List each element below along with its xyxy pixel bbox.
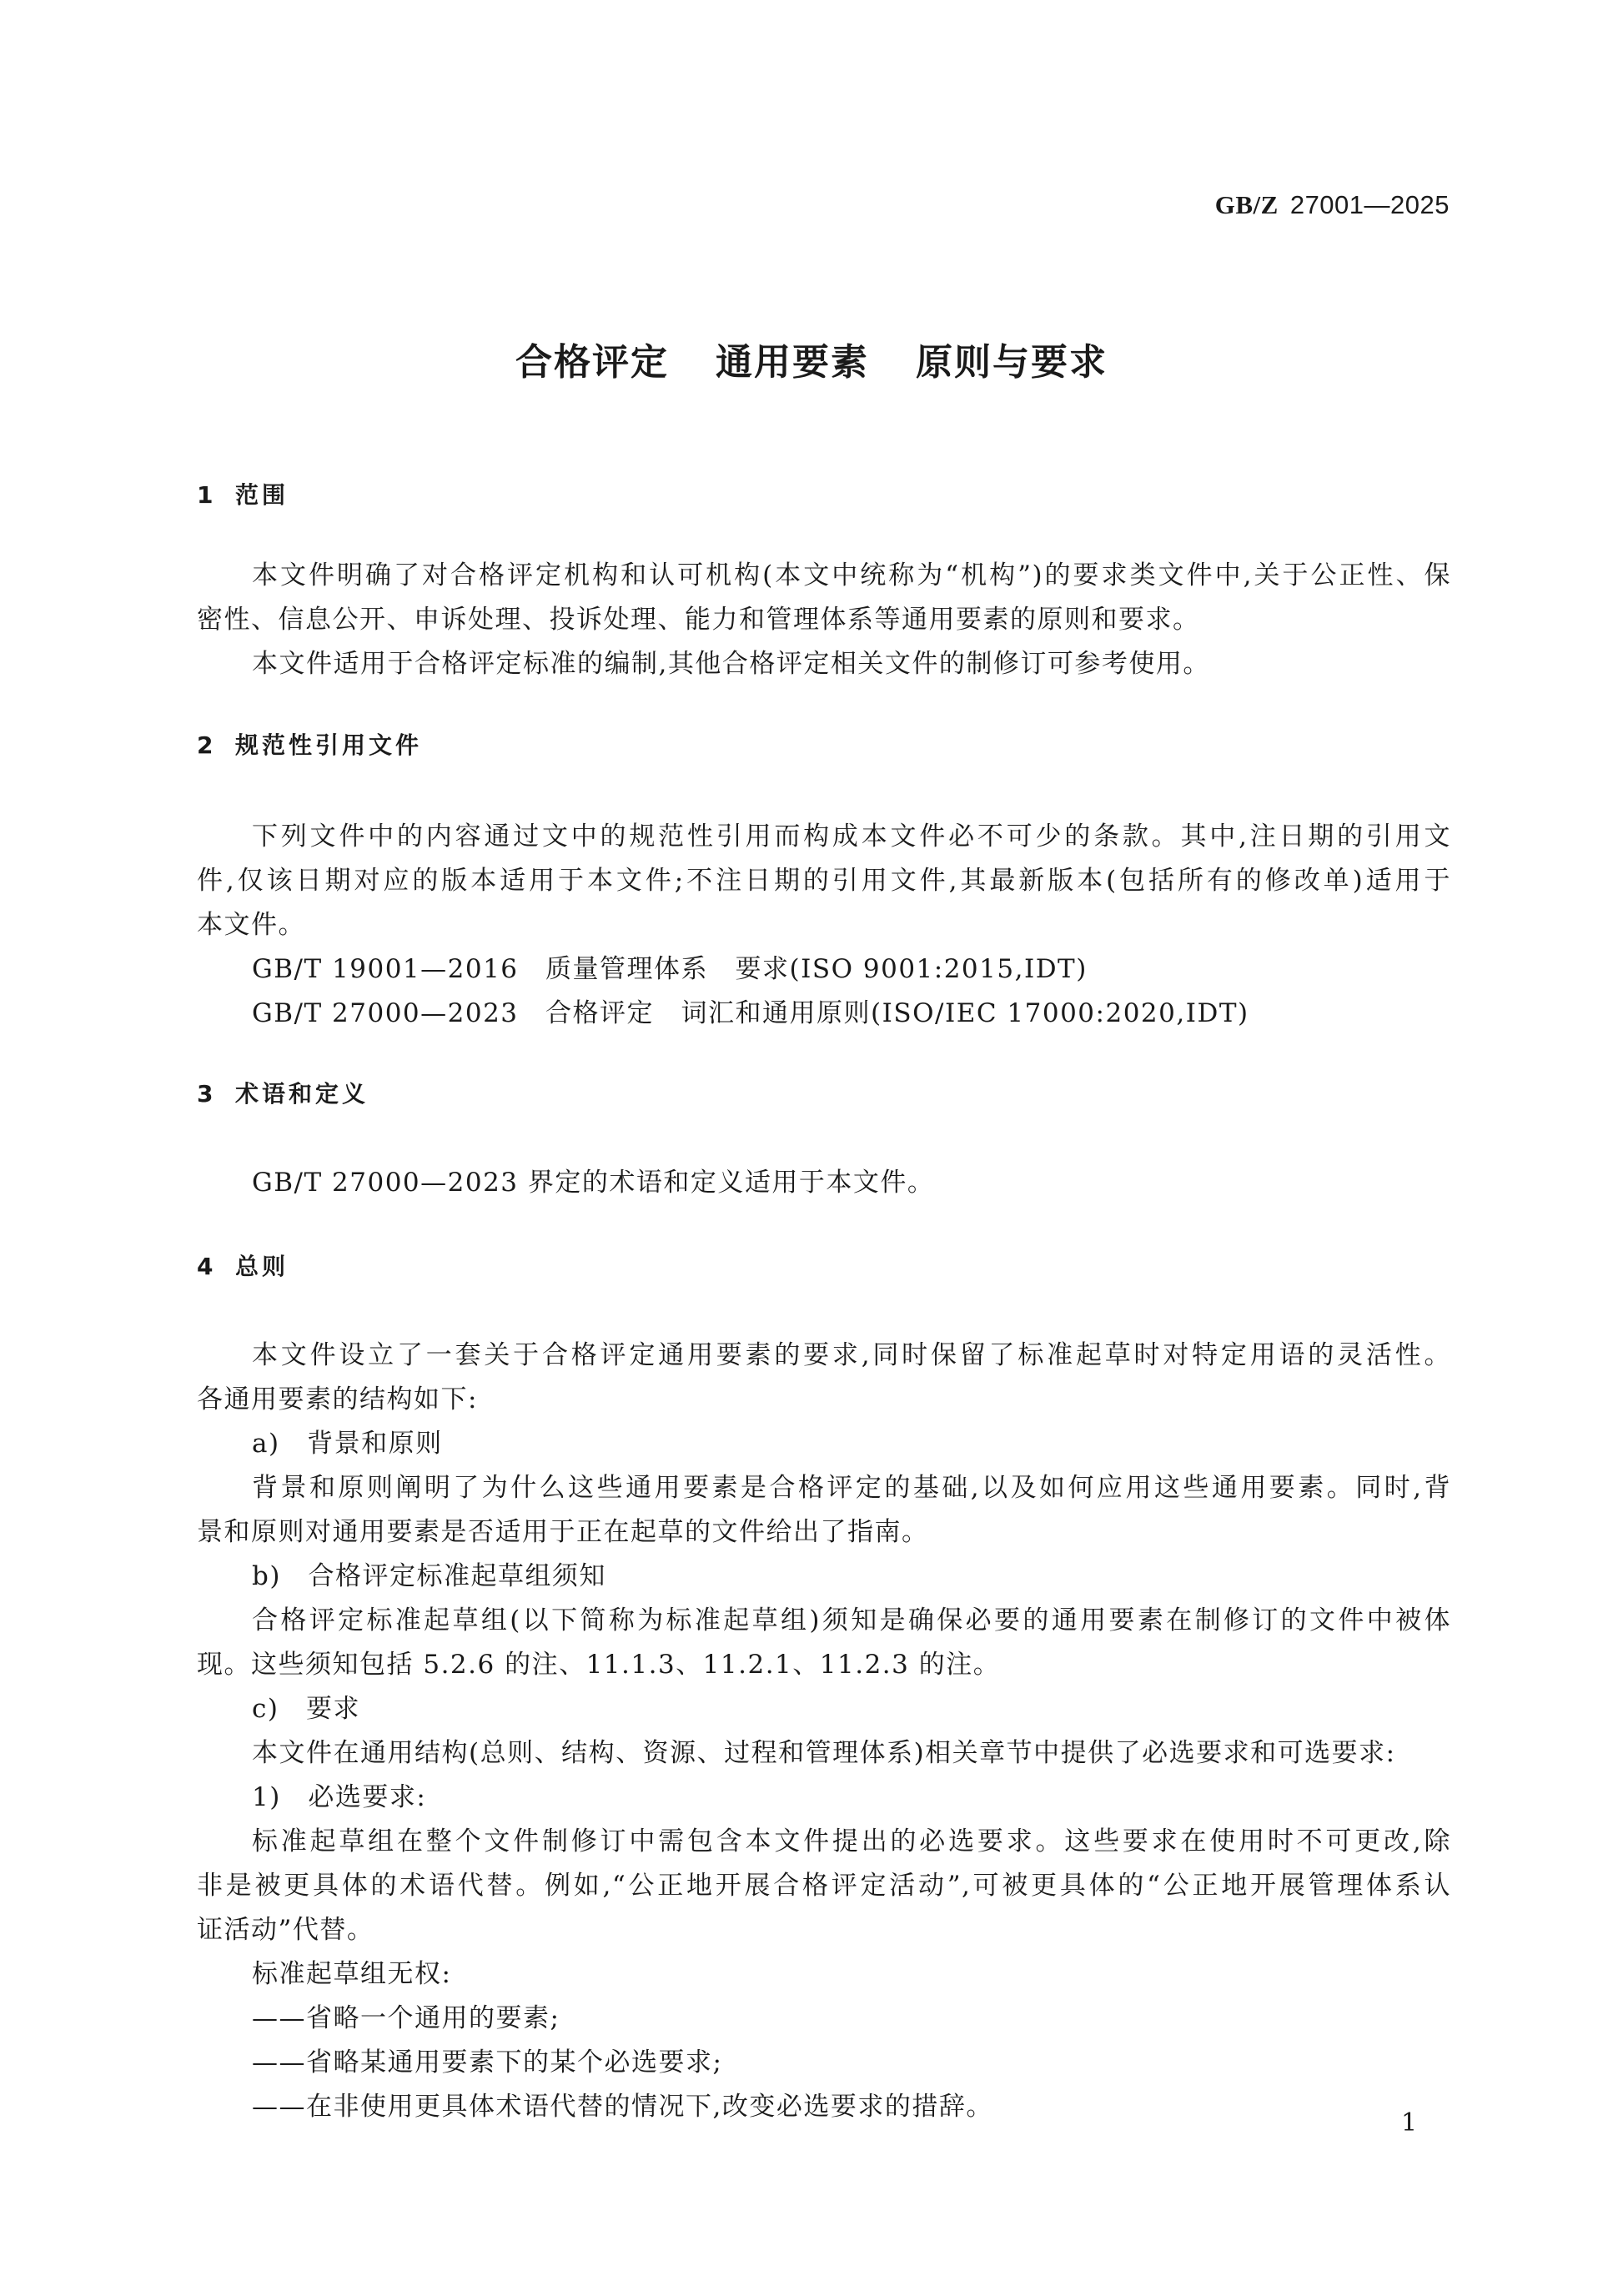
title-part-2: 通用要素	[716, 341, 869, 384]
paragraph-line: 本文件明确了对合格评定机构和认可机构(本文中统称为“机构”)的要求类文件中,关于…	[252, 559, 1451, 592]
paragraph-line: 证活动”代替。	[197, 1913, 1451, 1947]
section-title: 规范性引用文件	[235, 731, 422, 759]
section-title: 总则	[235, 1253, 289, 1280]
document-title: 合格评定通用要素原则与要求	[0, 332, 1623, 385]
paragraph-line: 本文件设立了一套关于合格评定通用要素的要求,同时保留了标准起草时对特定用语的灵活…	[252, 1339, 1451, 1372]
paragraph-line: 各通用要素的结构如下:	[197, 1383, 1451, 1416]
section-heading-general: 4总则	[197, 1248, 289, 1282]
section-number: 2	[197, 731, 235, 759]
paragraph-line: 合格评定标准起草组(以下简称为标准起草组)须知是确保必要的通用要素在制修订的文件…	[252, 1604, 1451, 1637]
section-title: 范围	[235, 481, 289, 509]
paragraph-line: 背景和原则阐明了为什么这些通用要素是合格评定的基础,以及如何应用这些通用要素。同…	[252, 1471, 1451, 1505]
standard-prefix: GB/Z	[1215, 190, 1279, 219]
list-item-c: c) 要求	[252, 1692, 1451, 1726]
paragraph-line: 密性、信息公开、申诉处理、投诉处理、能力和管理体系等通用要素的原则和要求。	[197, 603, 1451, 636]
section-number: 1	[197, 481, 235, 509]
list-item-1: 1) 必选要求:	[252, 1781, 1451, 1814]
document-page: GB/Z27001—2025 合格评定通用要素原则与要求 1范围 本文件明确了对…	[0, 0, 1623, 2296]
paragraph-line: 本文件在通用结构(总则、结构、资源、过程和管理体系)相关章节中提供了必选要求和可…	[252, 1736, 1451, 1770]
dash-list-item: ——在非使用更具体术语代替的情况下,改变必选要求的措辞。	[252, 2090, 1451, 2123]
standard-code: 27001—2025	[1290, 190, 1450, 219]
section-title: 术语和定义	[235, 1080, 369, 1108]
paragraph-line: 现。这些须知包括 5.2.6 的注、11.1.3、11.2.1、11.2.3 的…	[197, 1648, 1451, 1681]
reference-item: GB/T 19001—2016 质量管理体系 要求(ISO 9001:2015,…	[252, 952, 1451, 986]
list-item-b: b) 合格评定标准起草组须知	[252, 1560, 1451, 1593]
dash-list-item: ——省略一个通用的要素;	[252, 2002, 1451, 2035]
paragraph-line: 本文件适用于合格评定标准的编制,其他合格评定相关文件的制修订可参考使用。	[252, 647, 1451, 681]
section-heading-scope: 1范围	[197, 477, 289, 510]
paragraph-line: 标准起草组无权:	[252, 1957, 1451, 1991]
paragraph-line: 本文件。	[197, 908, 1451, 942]
reference-item: GB/T 27000—2023 合格评定 词汇和通用原则(ISO/IEC 170…	[252, 997, 1451, 1030]
section-number: 4	[197, 1253, 235, 1280]
dash-list-item: ——省略某通用要素下的某个必选要求;	[252, 2046, 1451, 2079]
paragraph-line: 非是被更具体的术语代替。例如,“公正地开展合格评定活动”,可被更具体的“公正地开…	[197, 1869, 1451, 1902]
page-number: 1	[1401, 2108, 1417, 2138]
paragraph-line: GB/T 27000—2023 界定的术语和定义适用于本文件。	[252, 1166, 1451, 1199]
paragraph-line: 件,仅该日期对应的版本适用于本文件;不注日期的引用文件,其最新版本(包括所有的修…	[197, 864, 1451, 897]
paragraph-line: 标准起草组在整个文件制修订中需包含本文件提出的必选要求。这些要求在使用时不可更改…	[252, 1825, 1451, 1858]
section-heading-normative-references: 2规范性引用文件	[197, 727, 422, 761]
list-item-a: a) 背景和原则	[252, 1427, 1451, 1460]
section-number: 3	[197, 1080, 235, 1108]
section-heading-terms: 3术语和定义	[197, 1076, 369, 1109]
title-part-1: 合格评定	[515, 341, 669, 384]
title-part-3: 原则与要求	[916, 341, 1108, 384]
paragraph-line: 下列文件中的内容通过文中的规范性引用而构成本文件必不可少的条款。其中,注日期的引…	[252, 820, 1451, 853]
standard-number: GB/Z27001—2025	[1215, 190, 1450, 220]
paragraph-line: 景和原则对通用要素是否适用于正在起草的文件给出了指南。	[197, 1515, 1451, 1549]
